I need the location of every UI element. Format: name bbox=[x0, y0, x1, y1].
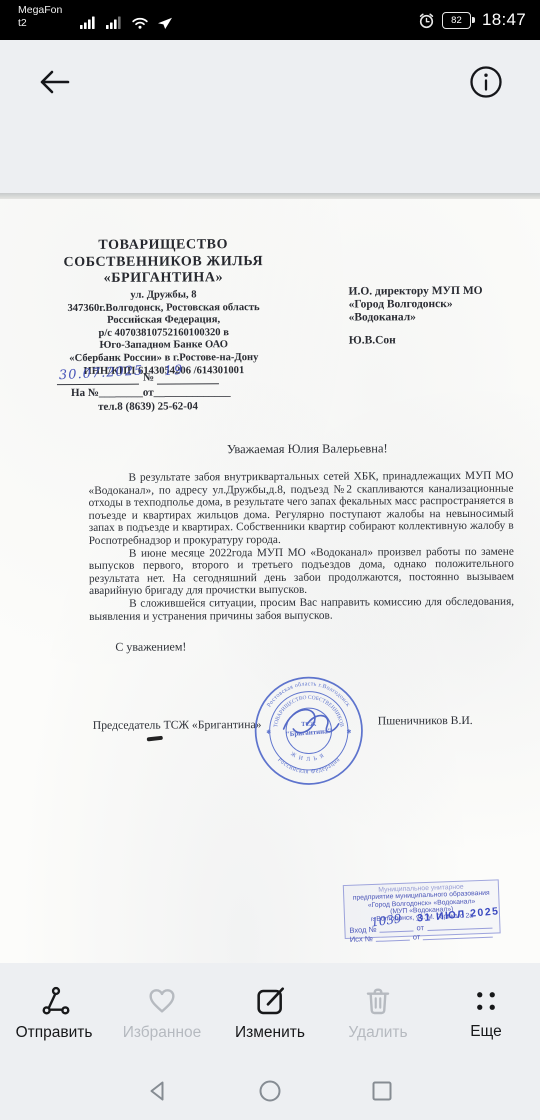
delete-label: Удалить bbox=[348, 1024, 407, 1042]
heart-icon bbox=[145, 985, 179, 1017]
stamp-out-label: Исх № bbox=[350, 935, 373, 943]
send-button[interactable]: Отправить bbox=[0, 963, 108, 1060]
battery-percent: 82 bbox=[442, 12, 471, 29]
seal-inner-ring-bottom-text: ЖИЛЬЯ bbox=[289, 751, 328, 763]
more-icon bbox=[471, 986, 501, 1016]
nav-back-icon[interactable] bbox=[145, 1078, 171, 1104]
paragraph: В июне месяце 2022года МУП МО «Водоканал… bbox=[89, 545, 514, 598]
trash-icon bbox=[362, 985, 394, 1017]
stamp-handwritten-number: 1039 bbox=[371, 915, 402, 927]
signer-title: Председатель ТСЖ «Бригантина» bbox=[93, 718, 262, 732]
letter-body: В результате забоя внутриквартальных сет… bbox=[88, 470, 514, 623]
letter: ТОВАРИЩЕСТВО СОБСТВЕННИКОВ ЖИЛЬЯ «БРИГАН… bbox=[0, 198, 540, 965]
document-photo[interactable]: ТОВАРИЩЕСТВО СОБСТВЕННИКОВ ЖИЛЬЯ «БРИГАН… bbox=[0, 199, 540, 963]
stamp-out-from-label: от bbox=[413, 933, 421, 941]
handwritten-number: 19 bbox=[163, 363, 185, 379]
favorite-label: Избранное bbox=[123, 1024, 202, 1042]
paragraph: В результате забоя внутриквартальных сет… bbox=[88, 470, 513, 548]
phone-screen: MegaFon t2 bbox=[0, 0, 540, 1120]
org-seal: Ростовская область г.Волгодонск Российск… bbox=[250, 672, 367, 789]
bottom-toolbar: Отправить Избранное Изменить Удалить bbox=[0, 963, 540, 1060]
nav-bar bbox=[0, 1062, 540, 1120]
incoming-stamp: Муниципальное унитарное предприятие муни… bbox=[343, 879, 501, 939]
carrier-label: MegaFon t2 bbox=[18, 4, 62, 30]
battery-icon: 82 bbox=[442, 12, 475, 29]
recipient-name: Ю.В.Сон bbox=[349, 334, 396, 346]
back-button[interactable] bbox=[32, 60, 76, 104]
delete-button[interactable]: Удалить bbox=[324, 963, 432, 1060]
stamp-from-label: от bbox=[416, 924, 424, 932]
favorite-button[interactable]: Избранное bbox=[108, 963, 216, 1060]
greeting: Уважаемая Юлия Валерьевна! bbox=[97, 441, 517, 458]
more-button[interactable]: Еще bbox=[432, 963, 540, 1060]
paragraph: В сложившейся ситуации, просим Вас напра… bbox=[89, 596, 514, 623]
pen-mark bbox=[147, 736, 163, 742]
signer-name: Пшеничников В.И. bbox=[378, 714, 473, 727]
outgoing-date-line bbox=[57, 384, 139, 385]
edit-icon bbox=[254, 985, 286, 1017]
nav-recents-icon[interactable] bbox=[369, 1078, 395, 1104]
seal-center-line1: ТСЖ bbox=[301, 721, 317, 728]
recipient-block: И.О. директору МУП МО «Город Волгодонск»… bbox=[348, 285, 518, 324]
info-icon bbox=[468, 64, 504, 100]
outgoing-number-line bbox=[157, 383, 219, 384]
clock: 18:47 bbox=[482, 10, 526, 30]
alarm-icon bbox=[418, 12, 435, 29]
phone-line: тел.8 (8639) 25-62-04 bbox=[98, 400, 198, 413]
share-icon bbox=[38, 985, 70, 1017]
signal-icon bbox=[80, 15, 97, 30]
info-button[interactable] bbox=[464, 60, 508, 104]
wifi-icon bbox=[132, 16, 148, 30]
more-label: Еще bbox=[470, 1023, 502, 1041]
status-bar: MegaFon t2 bbox=[0, 0, 540, 40]
incoming-ref-line: На №________от______________ bbox=[71, 386, 231, 399]
nav-home-icon[interactable] bbox=[257, 1078, 283, 1104]
signal2-icon bbox=[106, 15, 123, 30]
outgoing-no-label: № bbox=[143, 372, 154, 384]
seal-star-right: ✱ bbox=[346, 728, 351, 735]
send-label: Отправить bbox=[16, 1024, 93, 1042]
back-arrow-icon bbox=[35, 66, 73, 98]
edit-label: Изменить bbox=[235, 1024, 305, 1042]
edit-button[interactable]: Изменить bbox=[216, 963, 324, 1060]
svg-text:ЖИЛЬЯ: ЖИЛЬЯ bbox=[289, 751, 328, 763]
paper-plane-icon bbox=[157, 17, 173, 30]
seal-star-left: ✱ bbox=[266, 729, 271, 736]
org-title: ТОВАРИЩЕСТВО СОБСТВЕННИКОВ ЖИЛЬЯ «БРИГАН… bbox=[38, 237, 288, 288]
closing: С уважением! bbox=[115, 639, 186, 654]
